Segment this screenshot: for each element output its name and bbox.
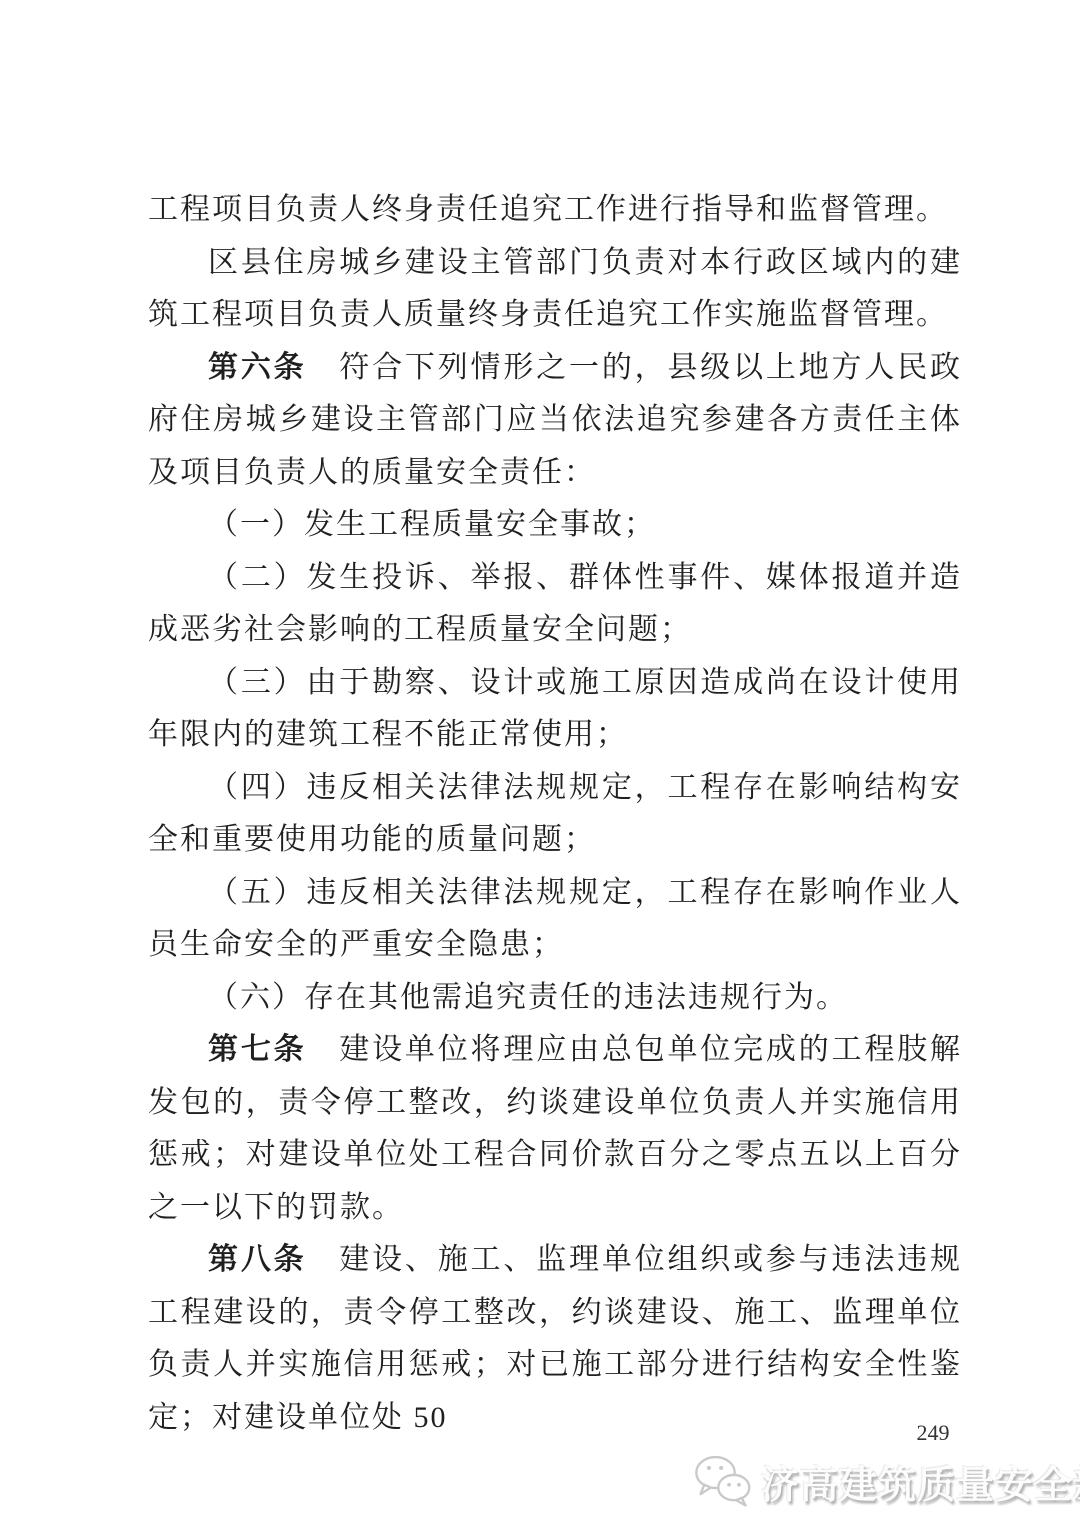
paragraph-text: （一）发生工程质量安全事故； bbox=[208, 508, 656, 541]
paragraph: （四）违反相关法律法规规定，工程存在影响结构安全和重要使用功能的质量问题； bbox=[148, 762, 962, 867]
article-number-lead: 第八条 bbox=[208, 1243, 306, 1276]
paragraph: 区县住房城乡建设主管部门负责对本行政区域内的建筑工程项目负责人质量终身责任追究工… bbox=[148, 237, 962, 342]
paragraph: （一）发生工程质量安全事故； bbox=[148, 499, 962, 552]
paragraph-text: （六）存在其他需追究责任的违法违规行为。 bbox=[208, 981, 848, 1014]
paragraph: （五）违反相关法律法规规定，工程存在影响作业人员生命安全的严重安全隐患； bbox=[148, 867, 962, 972]
page-number: 249 bbox=[903, 1420, 963, 1446]
paragraph: （三）由于勘察、设计或施工原因造成尚在设计使用年限内的建筑工程不能正常使用； bbox=[148, 657, 962, 762]
watermark-text: 济高建筑质量安全新高地 bbox=[761, 1454, 1080, 1509]
paragraph: 第六条 符合下列情形之一的，县级以上地方人民政府住房城乡建设主管部门应当依法追究… bbox=[148, 342, 962, 500]
paragraph-text: （四）违反相关法律法规规定，工程存在影响结构安全和重要使用功能的质量问题； bbox=[148, 771, 962, 857]
document-page: 工程项目负责人终身责任追究工作进行指导和监督管理。 区县住房城乡建设主管部门负责… bbox=[0, 0, 1080, 1527]
paragraph-text: （二）发生投诉、举报、群体性事件、媒体报道并造成恶劣社会影响的工程质量安全问题； bbox=[148, 561, 962, 647]
paragraph: （二）发生投诉、举报、群体性事件、媒体报道并造成恶劣社会影响的工程质量安全问题； bbox=[148, 552, 962, 657]
paragraph: 第七条 建设单位将理应由总包单位完成的工程肢解发包的，责令停工整改，约谈建设单位… bbox=[148, 1024, 962, 1234]
paragraph-text: 工程项目负责人终身责任追究工作进行指导和监督管理。 bbox=[148, 193, 948, 226]
article-number-lead: 第六条 bbox=[208, 351, 306, 384]
paragraph: （六）存在其他需追究责任的违法违规行为。 bbox=[148, 972, 962, 1025]
paragraph: 第八条 建设、施工、监理单位组织或参与违法违规工程建设的，责令停工整改，约谈建设… bbox=[148, 1234, 962, 1444]
footer-watermark: 济高建筑质量安全新高地 bbox=[693, 1453, 1080, 1509]
wechat-icon bbox=[693, 1453, 753, 1509]
paragraph-text: （五）违反相关法律法规规定，工程存在影响作业人员生命安全的严重安全隐患； bbox=[148, 876, 962, 962]
article-number-lead: 第七条 bbox=[208, 1033, 306, 1066]
paragraph-text: （三）由于勘察、设计或施工原因造成尚在设计使用年限内的建筑工程不能正常使用； bbox=[148, 666, 962, 752]
paragraph: 工程项目负责人终身责任追究工作进行指导和监督管理。 bbox=[148, 184, 962, 237]
paragraph-text: 区县住房城乡建设主管部门负责对本行政区域内的建筑工程项目负责人质量终身责任追究工… bbox=[148, 246, 962, 332]
body-text: 工程项目负责人终身责任追究工作进行指导和监督管理。 区县住房城乡建设主管部门负责… bbox=[148, 184, 962, 1444]
